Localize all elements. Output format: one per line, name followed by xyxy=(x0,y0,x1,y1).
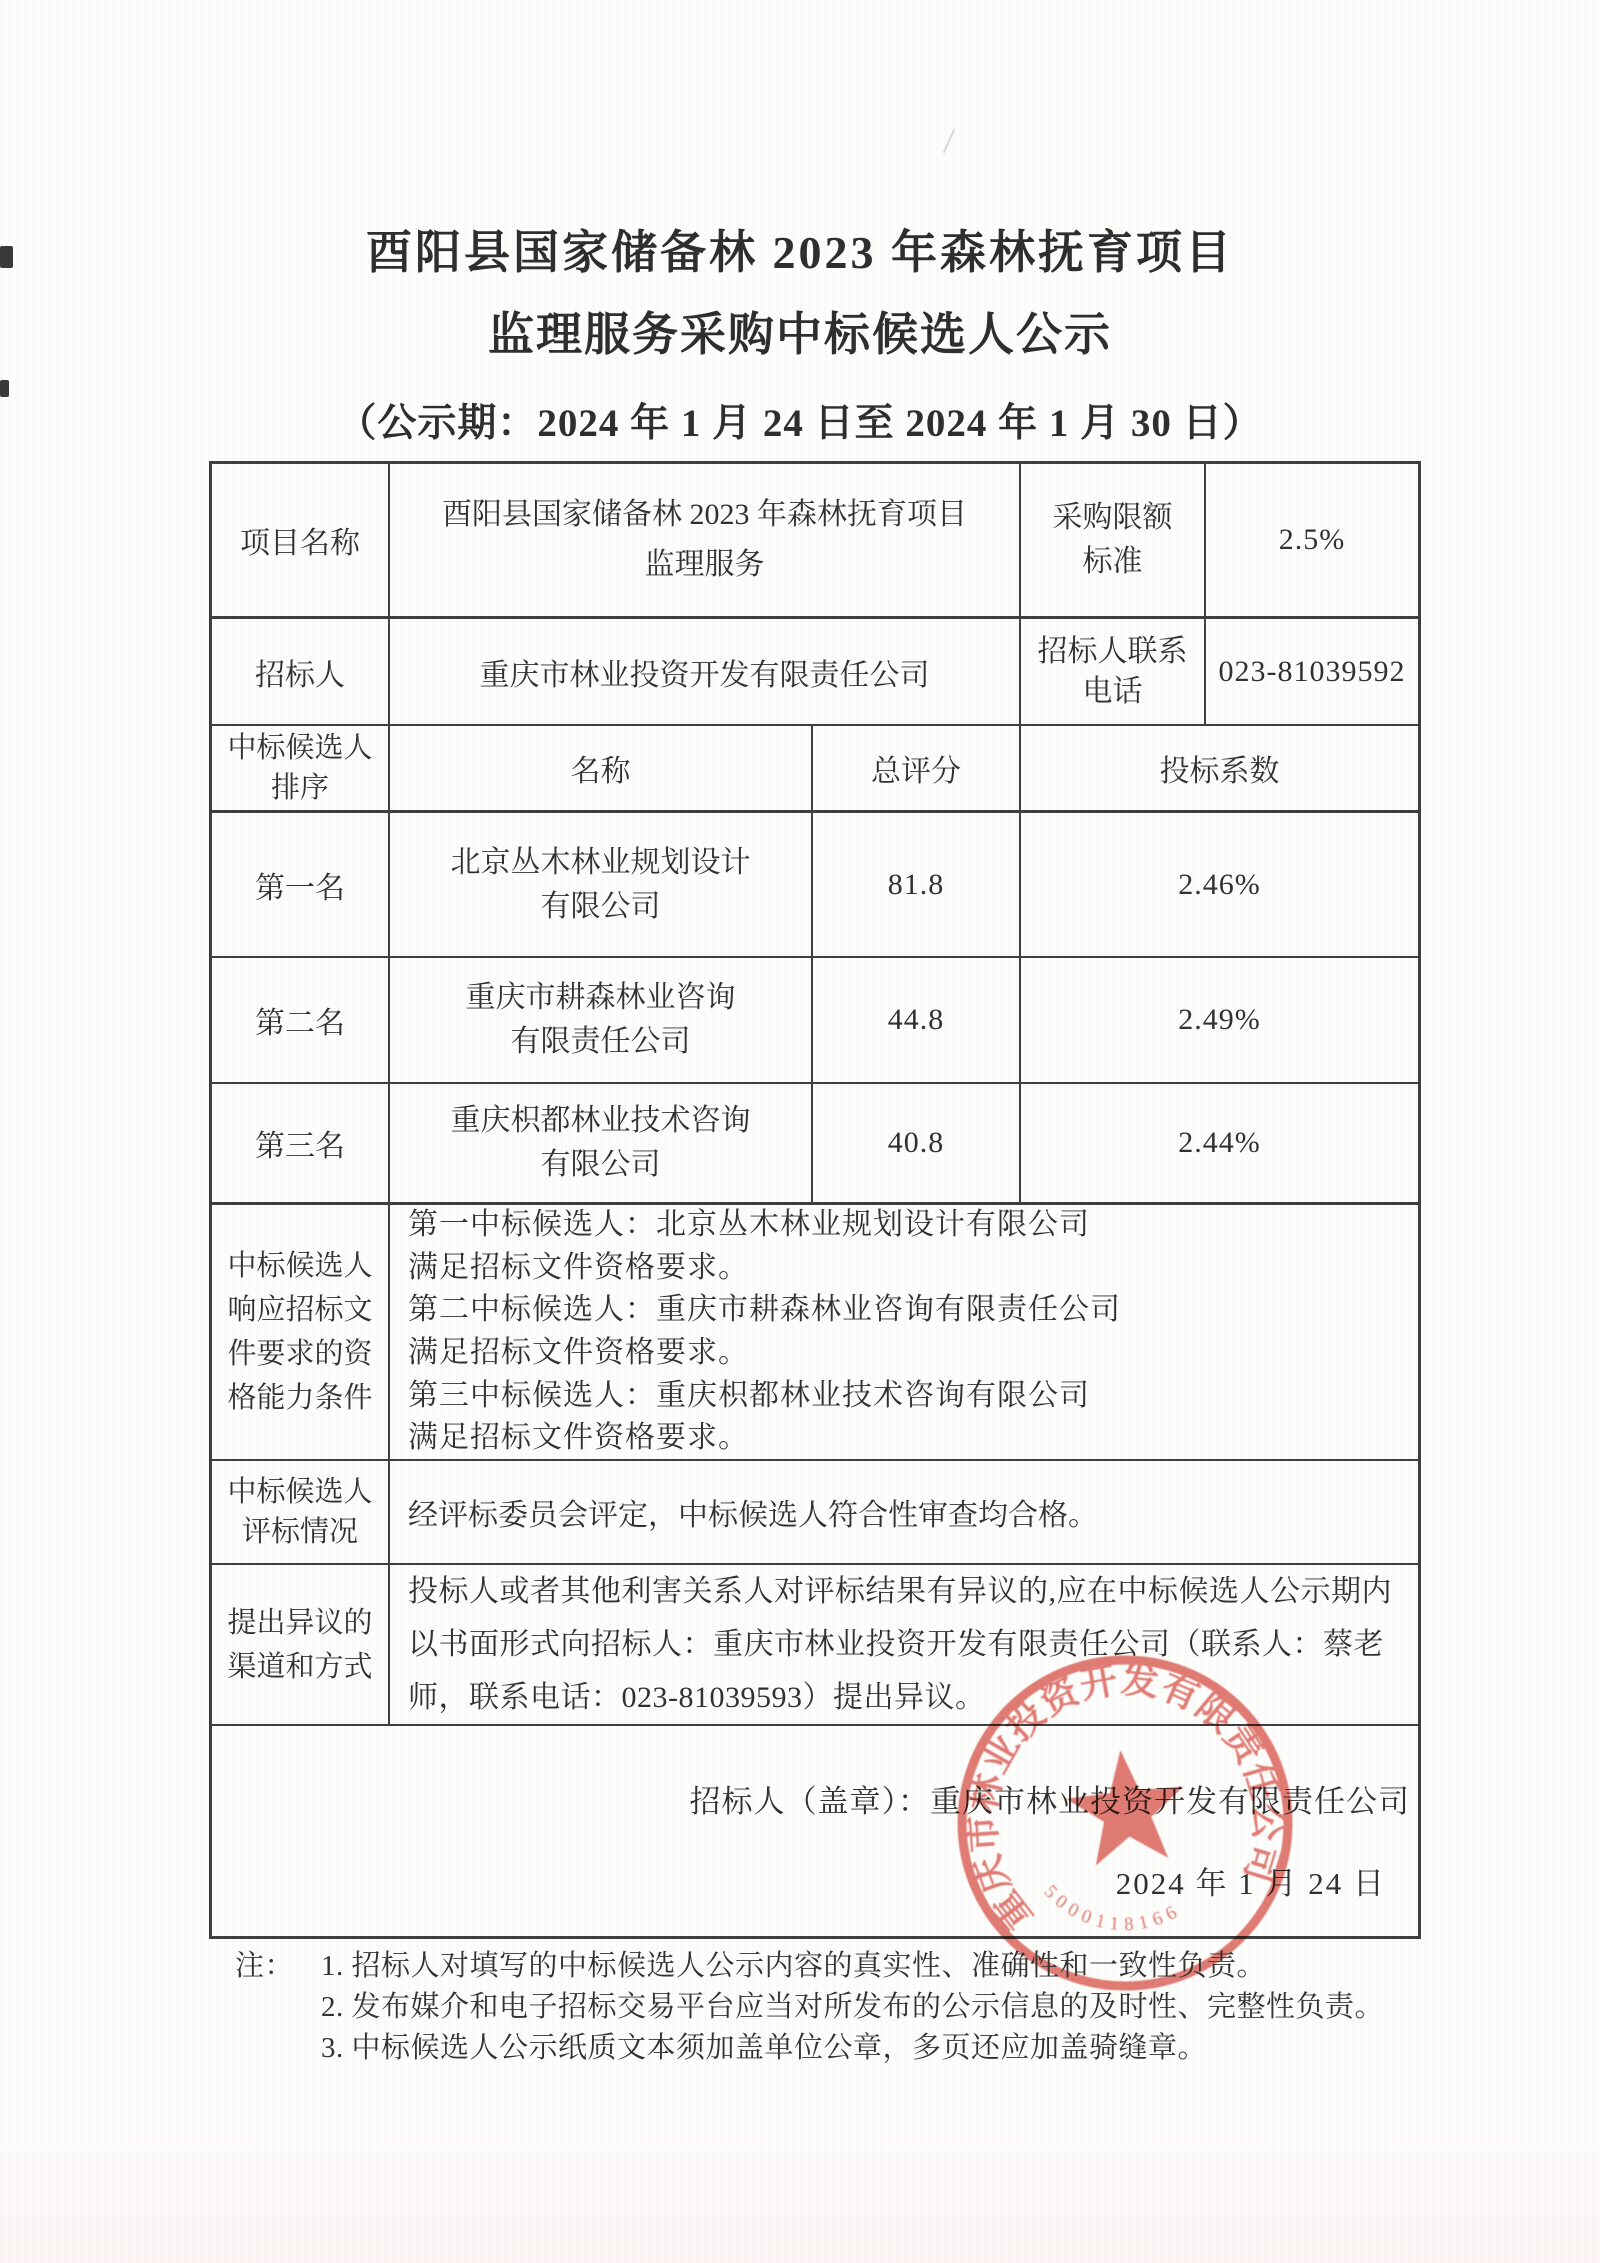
header-coefficient: 投标系数 xyxy=(1021,726,1418,810)
tenderee-name: 重庆市林业投资开发有限责任公司 xyxy=(390,619,1021,724)
candidate-row-3: 第三名 重庆枳都林业技术咨询 有限公司 40.8 2.44% xyxy=(212,1084,1418,1205)
candidate-score: 40.8 xyxy=(813,1084,1021,1202)
footnote-3: 3. 中标候选人公示纸质文本须加盖单位公章，多页还应加盖骑缝章。 xyxy=(235,2028,1475,2069)
project-label: 项目名称 xyxy=(212,464,390,616)
stamp-star-icon xyxy=(1062,1744,1191,1868)
tenderee-phone: 023-81039592 xyxy=(1206,619,1418,724)
project-row: 项目名称 酉阳县国家储备林 2023 年森林抚育项目 监理服务 采购限额 标准 … xyxy=(212,464,1418,619)
candidate-name: 北京丛木林业规划设计 有限公司 xyxy=(390,813,813,956)
doc-title-line2: 监理服务采购中标候选人公示 xyxy=(0,298,1600,364)
scan-tint xyxy=(0,2123,1600,2263)
candidate-rank: 第三名 xyxy=(212,1084,390,1202)
purchase-limit-value: 2.5% xyxy=(1206,464,1418,616)
publicity-period: （公示期：2024 年 1 月 24 日至 2024 年 1 月 30 日） xyxy=(0,392,1600,448)
footnote-prefix: 注： xyxy=(235,1946,294,1987)
doc-title-line1: 酉阳县国家储备林 2023 年森林抚育项目 xyxy=(0,216,1600,282)
document-page: 酉阳县国家储备林 2023 年森林抚育项目 监理服务采购中标候选人公示 （公示期… xyxy=(0,0,1600,2263)
header-name: 名称 xyxy=(390,726,813,810)
evaluation-content: 经评标委员会评定，中标候选人符合性审查均合格。 xyxy=(390,1461,1418,1563)
candidate-row-2: 第二名 重庆市耕森林业咨询 有限责任公司 44.8 2.49% xyxy=(212,958,1418,1084)
candidate-rank: 第二名 xyxy=(212,958,390,1082)
header-score: 总评分 xyxy=(813,726,1021,810)
candidate-score: 81.8 xyxy=(813,813,1021,956)
footnote-2: 2. 发布媒介和电子招标交易平台应当对所发布的公示信息的及时性、完整性负责。 xyxy=(235,1987,1475,2028)
tenderee-label: 招标人 xyxy=(212,619,390,724)
project-name: 酉阳县国家储备林 2023 年森林抚育项目 监理服务 xyxy=(390,464,1021,616)
candidate-rank: 第一名 xyxy=(212,813,390,956)
candidate-coefficient: 2.49% xyxy=(1021,958,1418,1082)
objection-label: 提出异议的 渠道和方式 xyxy=(212,1565,390,1724)
purchase-limit-label: 采购限额 标准 xyxy=(1021,464,1206,616)
stamp-code-text: 5000118166 xyxy=(1038,1868,1187,1944)
candidate-row-1: 第一名 北京丛木林业规划设计 有限公司 81.8 2.46% xyxy=(212,813,1418,958)
footnote-1: 注： 1. 招标人对填写的中标候选人公示内容的真实性、准确性和一致性负责。 xyxy=(235,1946,1475,1987)
candidate-coefficient: 2.44% xyxy=(1021,1084,1418,1202)
header-rank: 中标候选人 排序 xyxy=(212,726,390,810)
candidate-name: 重庆市耕森林业咨询 有限责任公司 xyxy=(390,958,813,1082)
candidates-header-row: 中标候选人 排序 名称 总评分 投标系数 xyxy=(212,726,1418,813)
candidate-coefficient: 2.46% xyxy=(1021,813,1418,956)
qualification-row: 中标候选人 响应招标文 件要求的资 格能力条件 第一中标候选人：北京丛木林业规划… xyxy=(212,1205,1418,1461)
candidate-name: 重庆枳都林业技术咨询 有限公司 xyxy=(390,1084,813,1202)
evaluation-label: 中标候选人 评标情况 xyxy=(212,1461,390,1563)
qualification-label: 中标候选人 响应招标文 件要求的资 格能力条件 xyxy=(212,1205,390,1459)
evaluation-row: 中标候选人 评标情况 经评标委员会评定，中标候选人符合性审查均合格。 xyxy=(212,1461,1418,1565)
candidate-score: 44.8 xyxy=(813,958,1021,1082)
tenderee-row: 招标人 重庆市林业投资开发有限责任公司 招标人联系 电话 023-8103959… xyxy=(212,619,1418,726)
footnotes: 注： 1. 招标人对填写的中标候选人公示内容的真实性、准确性和一致性负责。 2.… xyxy=(235,1946,1475,2069)
scan-scratch xyxy=(943,129,955,154)
tenderee-phone-label: 招标人联系 电话 xyxy=(1021,619,1206,724)
qualification-content: 第一中标候选人：北京丛木林业规划设计有限公司 满足招标文件资格要求。 第二中标候… xyxy=(390,1205,1418,1459)
